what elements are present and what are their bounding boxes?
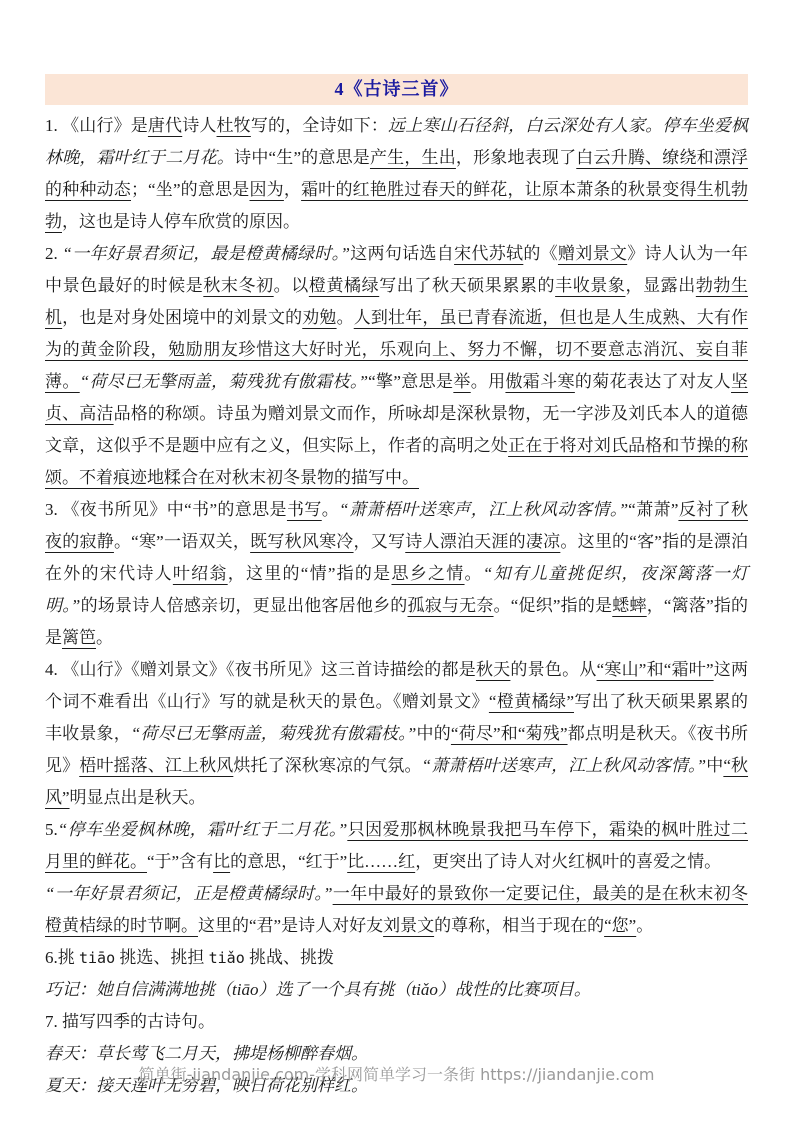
underlined-text: 梧叶摇落、江上秋风 (79, 756, 233, 775)
underlined-text: 丰收景象 (555, 276, 625, 295)
body-text: 7. 描写四季的古诗句。 (45, 1012, 215, 1031)
paragraph-3: 3. 《夜书所见》中“书”的意思是书写。“萧萧梧叶送寒声，江上秋风动客情。”“萧… (45, 494, 748, 654)
body-text: 中 (706, 756, 723, 775)
underlined-text: 橙黄橘绿 (309, 276, 379, 295)
poem-text: “停车坐爱枫林晚，霜叶红于二月花。” (58, 820, 348, 839)
body-text: ，这里的“情”指的是 (228, 564, 392, 583)
paragraph-1: 1. 《山行》是唐代诗人杜牧写的，全诗如下：远上寒山石径斜，白云深处有人家。停车… (45, 110, 748, 238)
underlined-text: “您” (604, 916, 636, 935)
underlined-text: 叶绍翁 (173, 564, 228, 583)
underlined-text: 秋末冬初 (203, 276, 273, 295)
poem-text: 春天：草长莺飞二月天，拂堤杨柳醉春烟。 (45, 1044, 368, 1063)
body-text: ，这也是诗人停车欣赏的原因。 (62, 212, 300, 231)
poem-text: “萧萧梧叶送寒声，江上秋风动客情。” (339, 500, 628, 519)
body-text: “萧萧” (628, 500, 678, 519)
poem-text: 巧记：她自信满满地挑（tiāo）选了一个具有挑（tiǎo）战性的比赛项目。 (45, 980, 591, 999)
underlined-text: 篱笆 (62, 628, 96, 647)
poem-text: “一年好景君须记，最是橙黄橘绿时。” (62, 244, 350, 263)
poem-text: “一年好景君须记，正是橙黄橘绿时。” (45, 884, 333, 903)
body-text: 。 (322, 500, 339, 519)
underlined-text: “寒山”和“霜叶” (597, 660, 714, 679)
poem-text: “萧萧梧叶送寒声，江上秋风动客情。” (422, 756, 706, 775)
underlined-text: 傲霜斗寒 (505, 372, 574, 391)
paragraph-8: 巧记：她自信满满地挑（tiāo）选了一个具有挑（tiǎo）战性的比赛项目。 (45, 974, 748, 1006)
body-text: 挑战、挑拨 (245, 948, 334, 967)
body-text: 这两句话选自 (350, 244, 454, 263)
body-text: 的景色。从 (510, 660, 596, 679)
body-text: ，显露出 (625, 276, 695, 295)
underlined-text: 蟋蟀 (612, 596, 646, 615)
pinyin-text: tiāo (79, 949, 115, 967)
body-text: ；“坐”的意思是 (131, 180, 249, 199)
body-text: 中的 (416, 724, 451, 743)
underlined-text: 诗人漂泊天涯的凄凉 (405, 532, 560, 551)
body-text: 的菊花表达了对友人 (575, 372, 731, 391)
body-text: 这里的“君”是诗人对好友 (198, 916, 383, 935)
pinyin-text: tiǎo (209, 949, 245, 967)
underlined-text: 比……红 (347, 852, 415, 871)
document-body: 1. 《山行》是唐代诗人杜牧写的，全诗如下：远上寒山石径斜，白云深处有人家。停车… (45, 110, 748, 1102)
underlined-text: “橙黄橘绿” (489, 692, 574, 711)
underlined-text: 劝勉 (302, 308, 336, 327)
body-text: 6.挑 (45, 948, 79, 967)
body-text: 。 (96, 628, 113, 647)
body-text: 。“促织”指的是 (494, 596, 613, 615)
body-text: 。 (636, 916, 653, 935)
body-text: 挑选、挑担 (115, 948, 209, 967)
underlined-text: 产生，生出 (370, 148, 456, 167)
body-text: ，更突出了诗人对火红枫叶的喜爱之情。 (415, 852, 721, 871)
poem-text: “荷尽已无擎雨盖，菊残犹有傲霜枝。” (80, 372, 368, 391)
paragraph-9: 7. 描写四季的古诗句。 (45, 1006, 748, 1038)
underlined-text: 思乡之情 (391, 564, 464, 583)
body-text: 的《 (523, 244, 558, 263)
body-text: ，又写 (354, 532, 406, 551)
body-text: 1. 《山行》是 (45, 116, 148, 135)
section-title: 4《古诗三首》 (335, 79, 459, 99)
body-text: 。 (465, 564, 483, 583)
body-text: 的意思，“红于” (230, 852, 347, 871)
body-text: “擎”意思是 (368, 372, 453, 391)
body-text: 明显点出是秋天。 (70, 788, 206, 807)
body-text: 诗人 (182, 116, 216, 135)
body-text: 烘托了深秋寒凉的气氛。 (233, 756, 421, 775)
body-text: 诗中“生”的意思是 (234, 148, 370, 167)
paragraph-5: 5.“停车坐爱枫林晚，霜叶红于二月花。”只因爱那枫林晚景我把马车停下，霜染的枫叶… (45, 814, 748, 878)
poem-text: “荷尽已无擎雨盖，菊残犹有傲霜枝。” (131, 724, 416, 743)
underlined-text: 因为 (249, 180, 283, 199)
underlined-text: 秋天 (476, 660, 510, 679)
document-page: 4《古诗三首》 1. 《山行》是唐代诗人杜牧写的，全诗如下：远上寒山石径斜，白云… (0, 0, 793, 1102)
section-title-bar: 4《古诗三首》 (45, 74, 748, 105)
underlined-text: 书写 (287, 500, 322, 519)
body-text: ，形象地表现了 (456, 148, 576, 167)
paragraph-7: 6.挑 tiāo 挑选、挑担 tiǎo 挑战、挑拨 (45, 942, 748, 974)
underlined-text: 宋代苏轼 (454, 244, 523, 263)
underlined-text: 唐代 (148, 116, 182, 135)
underlined-text: 刘景文 (383, 916, 434, 935)
underlined-text: 赠刘景文 (558, 244, 627, 263)
body-text: 5. (45, 820, 58, 839)
underlined-text: 举 (453, 372, 470, 391)
body-text: ， (284, 180, 301, 199)
body-text: 。“寒”一语双关， (114, 532, 250, 551)
paragraph-2: 2. “一年好景君须记，最是橙黄橘绿时。”这两句话选自宋代苏轼的《赠刘景文》诗人… (45, 238, 748, 494)
body-text: 。用 (471, 372, 506, 391)
body-text: 。 (337, 308, 354, 327)
underlined-text: 杜牧 (217, 116, 251, 135)
body-text: 3. 《夜书所见》中“书”的意思是 (45, 500, 287, 519)
underlined-text: 孤寂与无奈 (408, 596, 494, 615)
watermark-footer: 简单街-jiandanjie.com-学科网简单学习一条街 https://ji… (0, 1062, 793, 1085)
paragraph-4: 4. 《山行》《赠刘景文》《夜书所见》这三首诗描绘的都是秋天的景色。从“寒山”和… (45, 654, 748, 814)
body-text: 写的，全诗如下： (251, 116, 388, 135)
paragraph-6: “一年好景君须记，正是橙黄橘绿时。”一年中最好的景致你一定要记住，最美的是在秋末… (45, 878, 748, 942)
body-text: 4. 《山行》《赠刘景文》《夜书所见》这三首诗描绘的都是 (45, 660, 476, 679)
body-text: 2. (45, 244, 62, 263)
body-text: 的尊称，相当于现在的 (434, 916, 604, 935)
body-text: 写出了秋天硕果累累的 (379, 276, 555, 295)
body-text: ，也是对身处困境中的刘景文的 (62, 308, 302, 327)
underlined-text: 比 (213, 852, 230, 871)
body-text: “于”含有 (147, 852, 213, 871)
body-text: 。以 (274, 276, 309, 295)
underlined-text: 既写秋风寒冷 (250, 532, 353, 551)
underlined-text: “荷尽”和“菊残” (451, 724, 568, 743)
body-text: 的场景诗人倍感亲切，更显出他客居他乡的 (80, 596, 407, 615)
